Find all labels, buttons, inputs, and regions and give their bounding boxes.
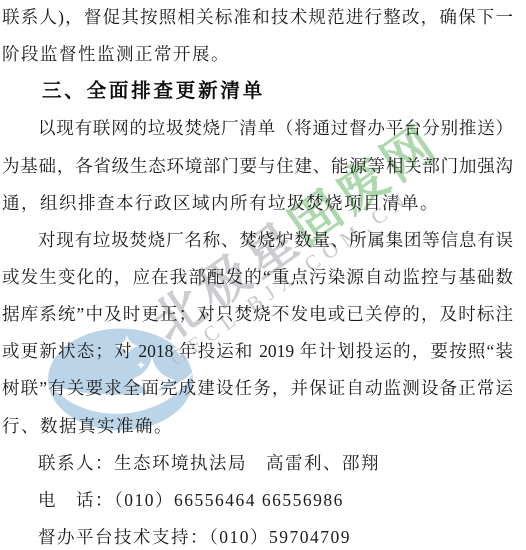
paragraph-line: 阶段监督性监测正常开展。 (2, 36, 513, 73)
paragraph-line: 对现有垃圾焚烧厂名称、焚烧炉数量、所属集团等信息有误 (2, 222, 513, 259)
paragraph-line: 树联”有关要求全面完成建设任务，并保证自动监测设备正常运 (2, 370, 513, 407)
section-heading: 三、全面排查更新清单 (2, 73, 513, 110)
paragraph-line: 或更新状态；对 2018 年投运和 2019 年计划投运的，要按照“装 (2, 333, 513, 370)
support-line: 督办平台技术支持：（010）59704709 (2, 519, 513, 550)
paragraph-line: 通，组织排查本行政区域内所有垃圾焚烧项目清单。 (2, 185, 513, 222)
phone-line: 电 话：（010）66556464 66556986 (2, 482, 513, 519)
paragraph-line: 联系人)，督促其按照相关标准和技术规范进行整改，确保下一 (2, 0, 513, 36)
document-page: 北极星固废网 GFCL.BJX.COM.CN 联系人)，督促其按照相关标准和技术… (0, 0, 526, 550)
paragraph-line: 以现有联网的垃圾焚烧厂清单（将通过督办平台分别推送） (2, 110, 513, 147)
paragraph-line: 行、数据真实准确。 (2, 408, 513, 445)
contact-line: 联系人：生态环境执法局 高雷利、邵翔 (2, 445, 513, 482)
paragraph-line: 为基础，各省级生态环境部门要与住建、能源等相关部门加强沟 (2, 148, 513, 185)
paragraph-line: 或发生变化的，应在我部配发的“重点污染源自动监控与基础数 (2, 259, 513, 296)
paragraph-line: 据库系统”中及时更正；对只焚烧不发电或已关停的，及时标注 (2, 296, 513, 333)
document-text: 联系人)，督促其按照相关标准和技术规范进行整改，确保下一 阶段监督性监测正常开展… (2, 0, 513, 550)
